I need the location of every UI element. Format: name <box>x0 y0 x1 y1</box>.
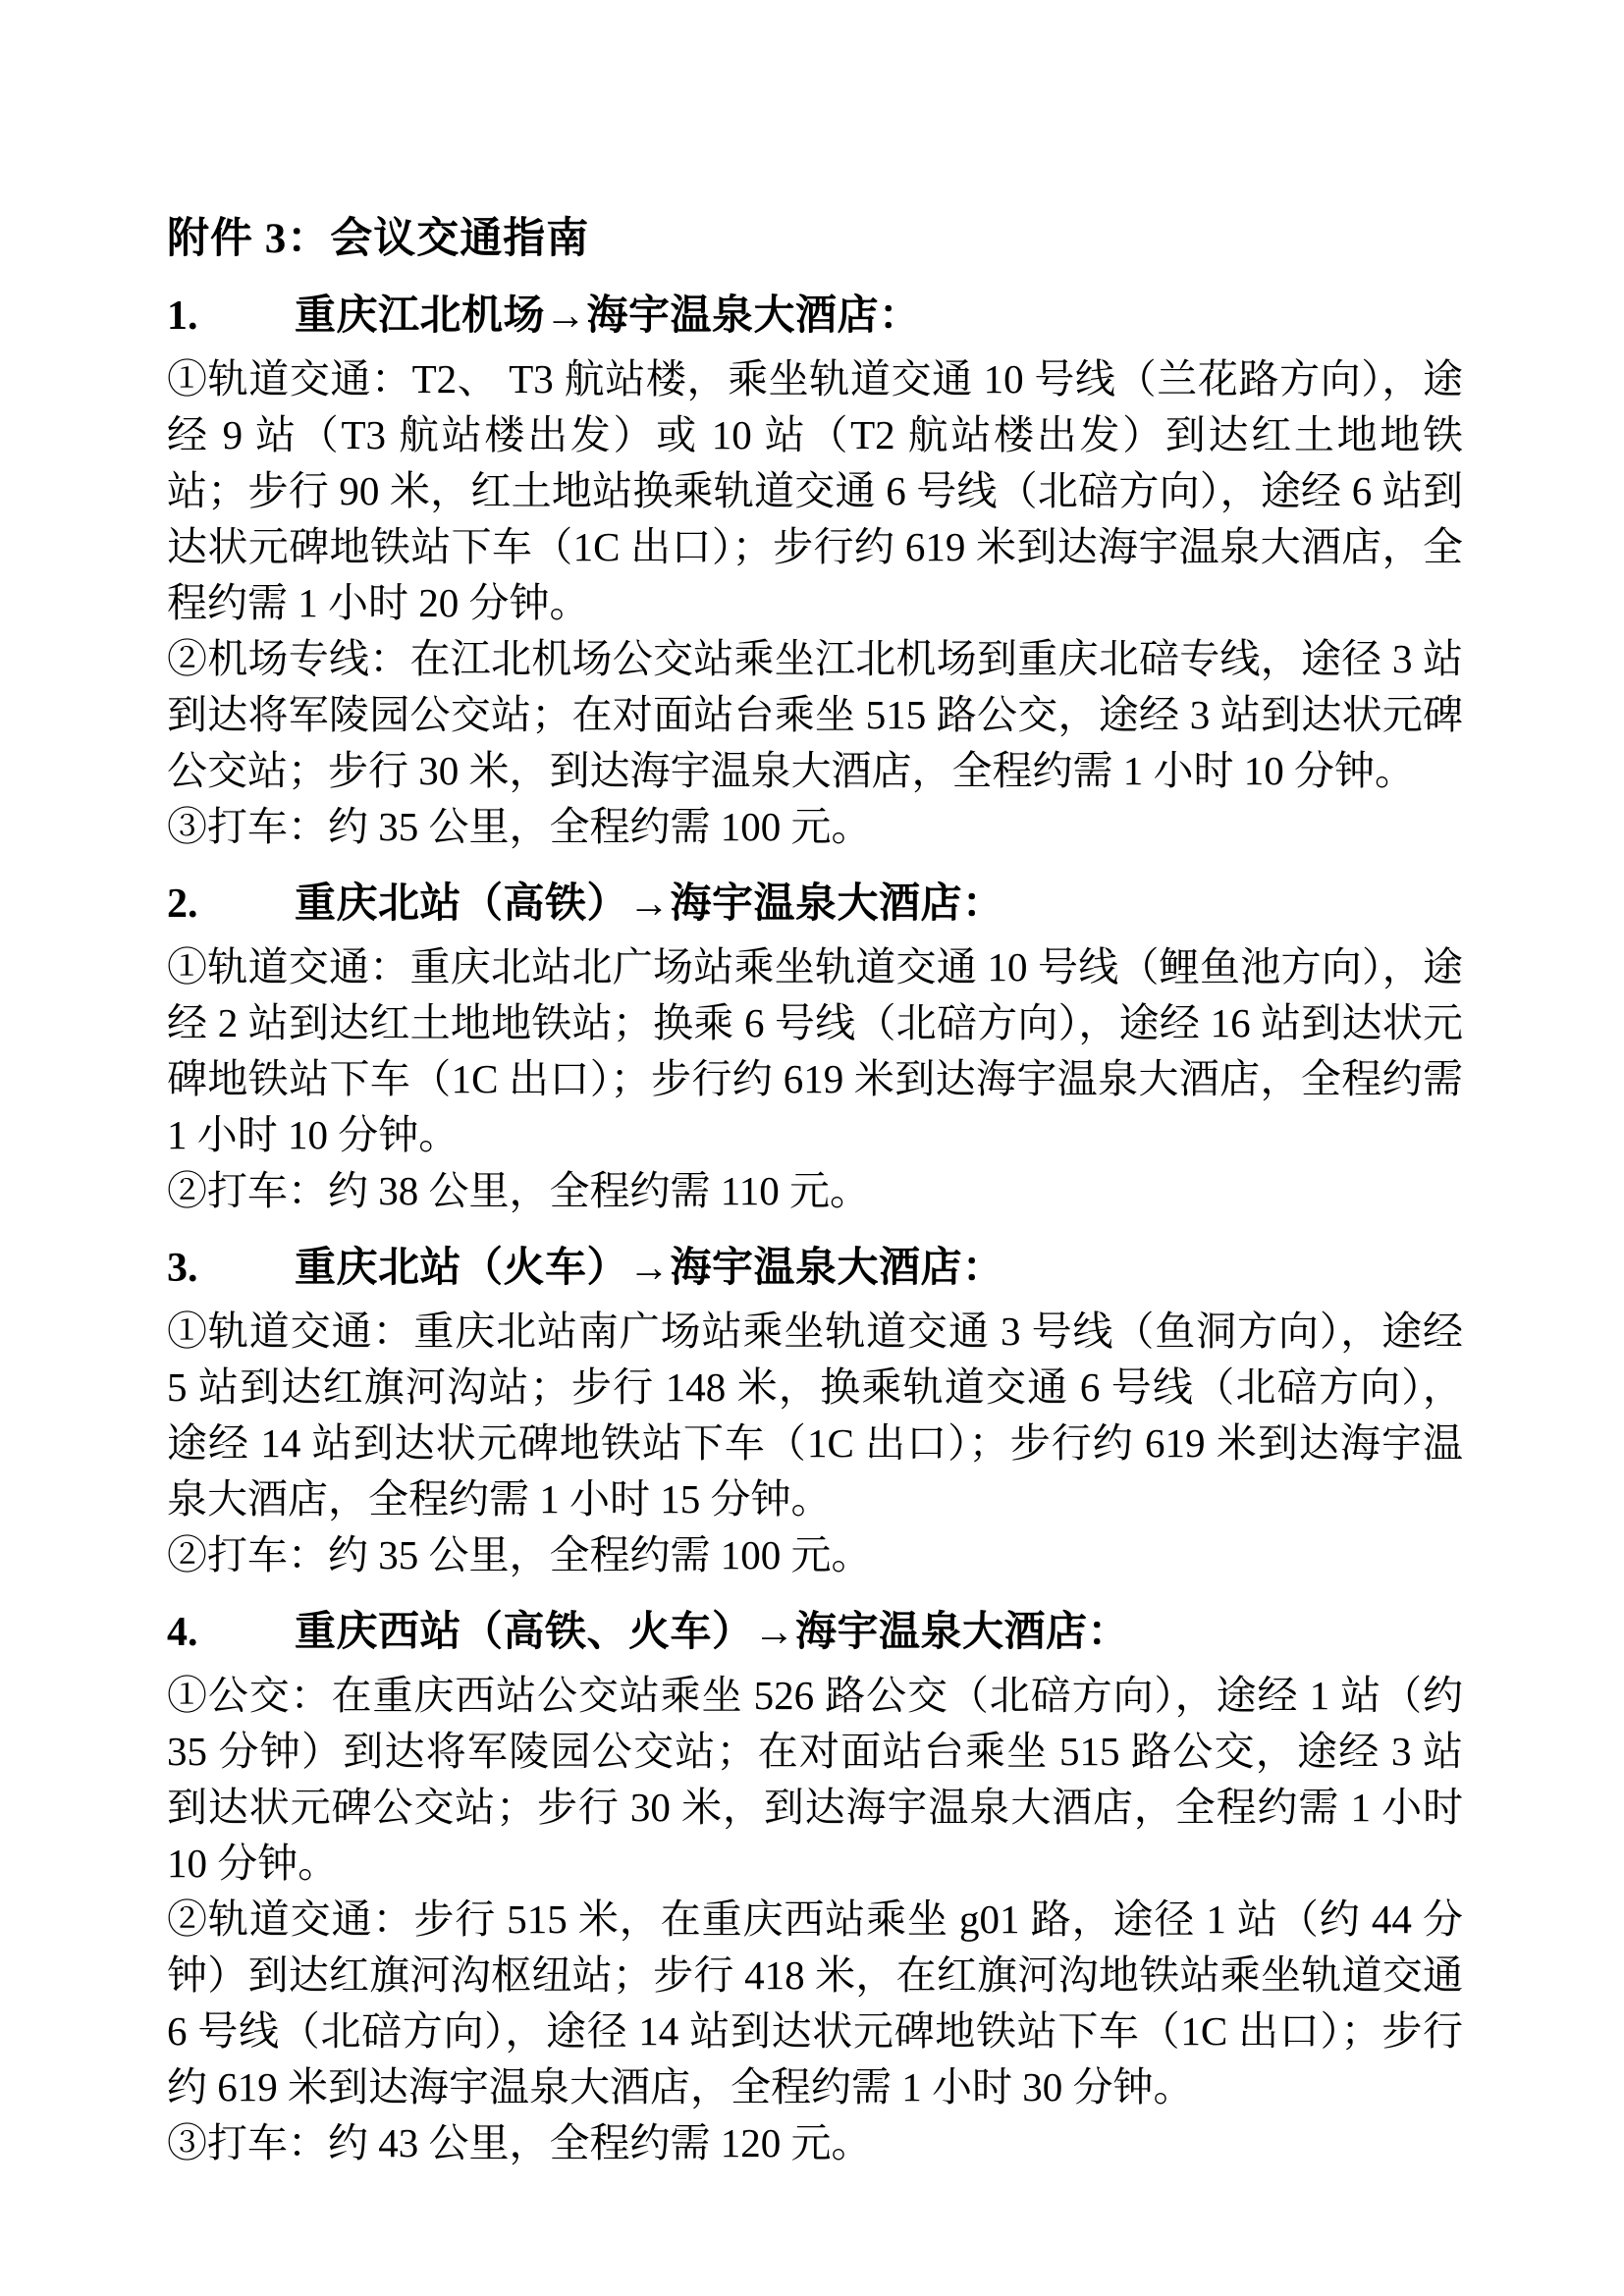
section-number: 3. <box>167 1245 295 1292</box>
body-paragraph: ③打车：约 35 公里，全程约需 100 元。 <box>167 799 1463 855</box>
page-title: 附件 3：会议交通指南 <box>167 211 1463 267</box>
section-north-station-hsr: 2. 重庆北站（高铁）→海宇温泉大酒店： ①轨道交通：重庆北站北广场站乘坐轨道交… <box>167 881 1463 1219</box>
section-number: 1. <box>167 293 295 340</box>
body-paragraph: ①轨道交通：T2、 T3 航站楼，乘坐轨道交通 10 号线（兰花路方向），途经 … <box>167 351 1463 631</box>
section-heading-text: 重庆北站（火车）→海宇温泉大酒店： <box>295 1245 1463 1292</box>
section-jiangbei-airport: 1. 重庆江北机场→海宇温泉大酒店： ①轨道交通：T2、 T3 航站楼，乘坐轨道… <box>167 293 1463 855</box>
body-paragraph: ①轨道交通：重庆北站南广场站乘坐轨道交通 3 号线（鱼洞方向），途经 5 站到达… <box>167 1304 1463 1527</box>
body-paragraph: ②机场专线：在江北机场公交站乘坐江北机场到重庆北碚专线，途径 3 站到达将军陵园… <box>167 631 1463 799</box>
section-north-station-train: 3. 重庆北站（火车）→海宇温泉大酒店： ①轨道交通：重庆北站南广场站乘坐轨道交… <box>167 1245 1463 1583</box>
body-paragraph: ①公交：在重庆西站公交站乘坐 526 路公交（北碚方向），途经 1 站（约 35… <box>167 1668 1463 1892</box>
body-paragraph: ①轨道交通：重庆北站北广场站乘坐轨道交通 10 号线（鲤鱼池方向），途经 2 站… <box>167 939 1463 1163</box>
body-paragraph: ②打车：约 38 公里，全程约需 110 元。 <box>167 1163 1463 1219</box>
body-paragraph: ③打车：约 43 公里，全程约需 120 元。 <box>167 2115 1463 2171</box>
section-heading-text: 重庆江北机场→海宇温泉大酒店： <box>295 293 1463 340</box>
body-paragraph: ②打车：约 35 公里，全程约需 100 元。 <box>167 1527 1463 1583</box>
section-west-station: 4. 重庆西站（高铁、火车）→海宇温泉大酒店： ①公交：在重庆西站公交站乘坐 5… <box>167 1609 1463 2171</box>
section-heading-text: 重庆西站（高铁、火车）→海宇温泉大酒店： <box>295 1609 1463 1656</box>
body-paragraph: ②轨道交通：步行 515 米，在重庆西站乘坐 g01 路，途径 1 站（约 44… <box>167 1892 1463 2115</box>
section-heading: 1. 重庆江北机场→海宇温泉大酒店： <box>167 293 1463 340</box>
document-page: 附件 3：会议交通指南 1. 重庆江北机场→海宇温泉大酒店： ①轨道交通：T2、… <box>0 0 1624 2296</box>
section-heading: 4. 重庆西站（高铁、火车）→海宇温泉大酒店： <box>167 1609 1463 1656</box>
section-heading-text: 重庆北站（高铁）→海宇温泉大酒店： <box>295 881 1463 928</box>
section-number: 4. <box>167 1609 295 1656</box>
section-number: 2. <box>167 881 295 928</box>
section-heading: 3. 重庆北站（火车）→海宇温泉大酒店： <box>167 1245 1463 1292</box>
section-heading: 2. 重庆北站（高铁）→海宇温泉大酒店： <box>167 881 1463 928</box>
